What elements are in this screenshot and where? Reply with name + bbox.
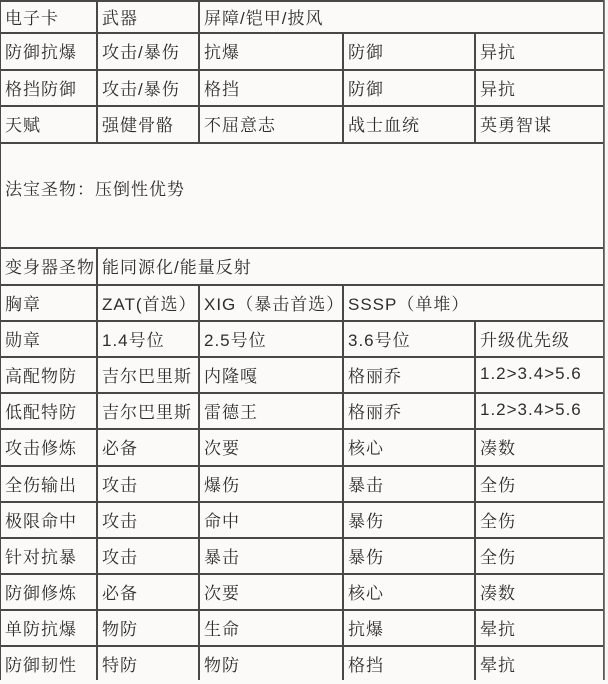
value-cell: 核心 [343, 429, 475, 466]
value-cell: 1.4号位 [97, 321, 199, 357]
row-header-cell: 电子卡 [0, 1, 97, 33]
value-cell: 凑数 [475, 429, 604, 466]
table-row: 低配特防吉尔巴里斯雷德王格丽乔1.2>3.4>5.6 [0, 393, 604, 429]
value-cell: 暴伤 [343, 502, 475, 538]
guide-table-body: 电子卡武器屏障/铠甲/披风防御抗爆攻击/暴伤抗爆防御异抗格挡防御攻击/暴伤格挡防… [0, 1, 604, 682]
value-cell: 能同源化/能量反射 [97, 248, 604, 285]
value-cell: 异抗 [475, 70, 604, 106]
value-cell: 1.2>3.4>5.6 [475, 393, 604, 429]
row-header-cell: 低配特防 [0, 393, 97, 429]
value-cell: 核心 [343, 574, 475, 610]
value-cell: 攻击 [97, 502, 199, 538]
value-cell: 吉尔巴里斯 [97, 393, 199, 429]
page-bottom-margin [0, 680, 608, 684]
value-cell: 强健骨骼 [97, 106, 199, 143]
table-row: 攻击修炼必备次要核心凑数 [0, 429, 604, 466]
row-header-cell: 防御抗爆 [0, 33, 97, 70]
value-cell: 攻击/暴伤 [97, 70, 199, 106]
value-cell: 全伤 [475, 538, 604, 574]
value-cell: 不屈意志 [199, 106, 343, 143]
table-row: 高配物防吉尔巴里斯内隆嘎格丽乔1.2>3.4>5.6 [0, 357, 604, 393]
value-cell: 生命 [199, 610, 343, 646]
value-cell: 防御 [343, 70, 475, 106]
value-cell: 屏障/铠甲/披风 [199, 1, 604, 33]
value-cell: 吉尔巴里斯 [97, 357, 199, 393]
value-cell: 特防 [97, 646, 199, 682]
row-header-cell: 防御修炼 [0, 574, 97, 610]
value-cell: 格挡 [343, 646, 475, 682]
table-row: 针对抗暴攻击暴击暴伤全伤 [0, 538, 604, 574]
page-right-margin [603, 0, 608, 684]
value-cell: 1.2>3.4>5.6 [475, 357, 604, 393]
value-cell: 异抗 [475, 33, 604, 70]
value-cell: 2.5号位 [199, 321, 343, 357]
value-cell: 晕抗 [475, 646, 604, 682]
table-row: 全伤输出攻击爆伤暴击全伤 [0, 466, 604, 502]
table-row: 单防抗爆物防生命抗爆晕抗 [0, 610, 604, 646]
value-cell: ZAT(首选） [97, 285, 199, 321]
row-header-cell: 单防抗爆 [0, 610, 97, 646]
value-cell: 暴伤 [343, 538, 475, 574]
row-header-cell: 极限命中 [0, 502, 97, 538]
value-cell: 次要 [199, 429, 343, 466]
value-cell: 防御 [343, 33, 475, 70]
value-cell: 升级优先级 [475, 321, 604, 357]
table-row: 格挡防御攻击/暴伤格挡防御异抗 [0, 70, 604, 106]
table-row: 勋章1.4号位2.5号位3.6号位升级优先级 [0, 321, 604, 357]
row-header-cell: 胸章 [0, 285, 97, 321]
table-row: 防御抗爆攻击/暴伤抗爆防御异抗 [0, 33, 604, 70]
value-cell: 暴击 [343, 466, 475, 502]
value-cell: XIG（暴击首选） [199, 285, 343, 321]
row-header-cell: 全伤输出 [0, 466, 97, 502]
row-header-cell: 变身器圣物 [0, 248, 97, 285]
value-cell: 战士血统 [343, 106, 475, 143]
value-cell: SSSP（单堆） [343, 285, 604, 321]
value-cell: 晕抗 [475, 610, 604, 646]
value-cell: 抗爆 [199, 33, 343, 70]
value-cell: 攻击 [97, 538, 199, 574]
table-row: 法宝圣物：压倒性优势 [0, 143, 604, 248]
value-cell: 必备 [97, 429, 199, 466]
value-cell: 英勇智谋 [475, 106, 604, 143]
table-row: 天赋强健骨骼不屈意志战士血统英勇智谋 [0, 106, 604, 143]
section-note-cell: 法宝圣物：压倒性优势 [0, 143, 604, 248]
value-cell: 抗爆 [343, 610, 475, 646]
table-row: 变身器圣物能同源化/能量反射 [0, 248, 604, 285]
row-header-cell: 高配物防 [0, 357, 97, 393]
value-cell: 雷德王 [199, 393, 343, 429]
value-cell: 暴击 [199, 538, 343, 574]
value-cell: 物防 [199, 646, 343, 682]
value-cell: 武器 [97, 1, 199, 33]
row-header-cell: 攻击修炼 [0, 429, 97, 466]
value-cell: 物防 [97, 610, 199, 646]
build-guide-table: 电子卡武器屏障/铠甲/披风防御抗爆攻击/暴伤抗爆防御异抗格挡防御攻击/暴伤格挡防… [0, 0, 605, 683]
value-cell: 爆伤 [199, 466, 343, 502]
table-row: 极限命中攻击命中暴伤全伤 [0, 502, 604, 538]
table-row: 胸章ZAT(首选）XIG（暴击首选）SSSP（单堆） [0, 285, 604, 321]
value-cell: 凑数 [475, 574, 604, 610]
row-header-cell: 格挡防御 [0, 70, 97, 106]
row-header-cell: 天赋 [0, 106, 97, 143]
value-cell: 必备 [97, 574, 199, 610]
value-cell: 攻击 [97, 466, 199, 502]
value-cell: 攻击/暴伤 [97, 33, 199, 70]
value-cell: 命中 [199, 502, 343, 538]
value-cell: 格挡 [199, 70, 343, 106]
row-header-cell: 防御韧性 [0, 646, 97, 682]
value-cell: 内隆嘎 [199, 357, 343, 393]
value-cell: 全伤 [475, 466, 604, 502]
table-row: 防御修炼必备次要核心凑数 [0, 574, 604, 610]
value-cell: 格丽乔 [343, 393, 475, 429]
table-row: 防御韧性特防物防格挡晕抗 [0, 646, 604, 682]
value-cell: 次要 [199, 574, 343, 610]
value-cell: 格丽乔 [343, 357, 475, 393]
photographed-guide-page: 电子卡武器屏障/铠甲/披风防御抗爆攻击/暴伤抗爆防御异抗格挡防御攻击/暴伤格挡防… [0, 0, 608, 684]
row-header-cell: 勋章 [0, 321, 97, 357]
value-cell: 全伤 [475, 502, 604, 538]
table-row: 电子卡武器屏障/铠甲/披风 [0, 1, 604, 33]
row-header-cell: 针对抗暴 [0, 538, 97, 574]
value-cell: 3.6号位 [343, 321, 475, 357]
